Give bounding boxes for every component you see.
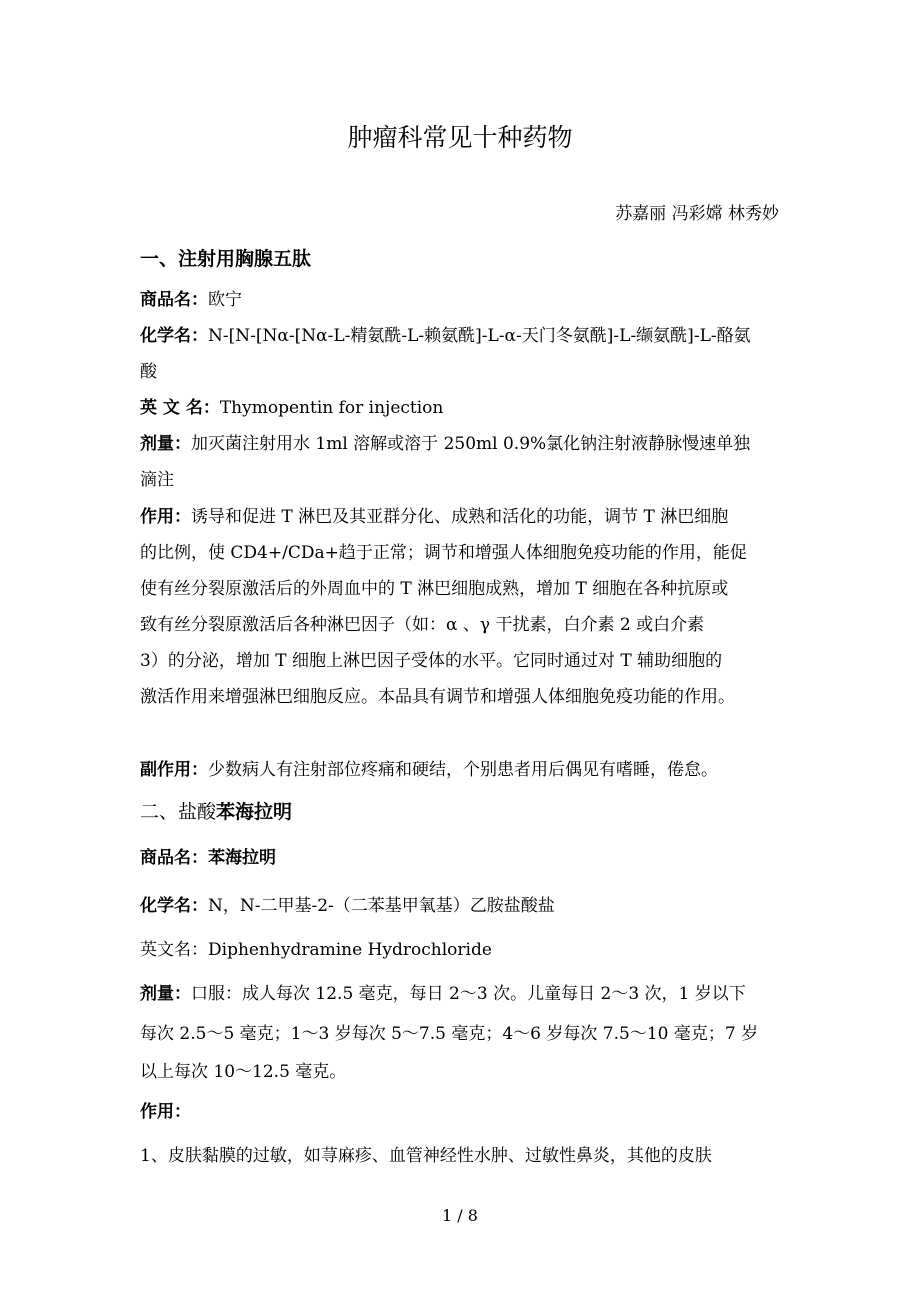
field-value: 少数病人有注射部位疼痛和硬结，个别患者用后偶见有嗜睡，倦怠。 [208, 760, 718, 780]
action-continuation: 致有丝分裂原激活后各种淋巴因子（如：α 、γ 干扰素，白介素 2 或白介素 [140, 614, 785, 636]
dosage-continuation: 每次 2.5～5 毫克；1～3 岁每次 5～7.5 毫克；4～6 岁每次 7.5… [140, 1023, 785, 1045]
action-continuation: 的比例，使 CD4+/CDa+趋于正常；调节和增强人体细胞免疫功能的作用，能促 [140, 542, 785, 564]
dosage-continuation: 以上每次 10～12.5 毫克。 [140, 1061, 785, 1083]
english-name-row: 英文名：Diphenhydramine Hydrochloride [140, 939, 785, 961]
section-heading-2-drug: 苯海拉明 [216, 801, 292, 823]
field-value: N-[N-[Nα-[Nα-L-精氨酰-L-赖氨酰]-L-α-天门冬氨酰]-L-缬… [208, 326, 751, 346]
field-value: 欧宁 [208, 290, 242, 310]
field-value: 酸 [140, 362, 157, 382]
chemical-name-continuation: 酸 [140, 361, 785, 383]
field-label: 副作用： [140, 760, 208, 780]
action-item-1: 1、皮肤黏膜的过敏，如荨麻疹、血管神经性水肿、过敏性鼻炎，其他的皮肤 [140, 1145, 785, 1167]
action-continuation: 3）的分泌，增加 T 细胞上淋巴因子受体的水平。它同时通过对 T 辅助细胞的 [140, 650, 785, 672]
dosage-row: 剂量：加灭菌注射用水 1ml 溶解或溶于 250ml 0.9%氯化钠注射液静脉慢… [140, 433, 785, 455]
field-label: 英文名： [140, 940, 208, 960]
document-page: 肿瘤科常见十种药物 苏嘉丽 冯彩嫦 林秀妙 一、注射用胸腺五肽 商品名：欧宁 化… [0, 0, 920, 1302]
dosage-continuation: 滴注 [140, 469, 785, 491]
action-continuation: 激活作用来增强淋巴细胞反应。本品具有调节和增强人体细胞免疫功能的作用。 [140, 686, 785, 708]
action-row: 作用：诱导和促进 T 淋巴及其亚群分化、成熟和活化的功能，调节 T 淋巴细胞 [140, 506, 785, 528]
field-value: 每次 2.5～5 毫克；1～3 岁每次 5～7.5 毫克；4～6 岁每次 7.5… [140, 1024, 758, 1044]
action-continuation: 使有丝分裂原激活后的外周血中的 T 淋巴细胞成熟，增加 T 细胞在各种抗原或 [140, 578, 785, 600]
field-label: 作用： [140, 1102, 191, 1122]
field-value: 以上每次 10～12.5 毫克。 [140, 1062, 346, 1082]
field-label: 化学名： [140, 326, 208, 346]
field-value: 1、皮肤黏膜的过敏，如荨麻疹、血管神经性水肿、过敏性鼻炎，其他的皮肤 [140, 1146, 712, 1166]
authors: 苏嘉丽 冯彩嫦 林秀妙 [615, 202, 779, 226]
english-name-row: 英 文 名：Thymopentin for injection [140, 397, 785, 419]
field-value: 加灭菌注射用水 1ml 溶解或溶于 250ml 0.9%氯化钠注射液静脉慢速单独 [191, 434, 750, 454]
trade-name-row: 商品名：欧宁 [140, 289, 785, 311]
field-value: 苯海拉明 [208, 848, 276, 868]
field-value: Thymopentin for injection [220, 398, 444, 418]
page-indicator: 1 / 8 [0, 1206, 920, 1226]
field-label: 英 文 名： [140, 398, 220, 418]
field-label: 剂量： [140, 984, 191, 1004]
section-heading-2-prefix: 二、盐酸 [140, 801, 216, 823]
field-value: 致有丝分裂原激活后各种淋巴因子（如：α 、γ 干扰素，白介素 2 或白介素 [140, 615, 704, 635]
field-value: 口服：成人每次 12.5 毫克，每日 2～3 次。儿童每日 2～3 次，1 岁以… [191, 984, 746, 1004]
side-effects-row: 副作用：少数病人有注射部位疼痛和硬结，个别患者用后偶见有嗜睡，倦怠。 [140, 759, 785, 781]
dosage-row: 剂量：口服：成人每次 12.5 毫克，每日 2～3 次。儿童每日 2～3 次，1… [140, 983, 785, 1005]
field-value: 使有丝分裂原激活后的外周血中的 T 淋巴细胞成熟，增加 T 细胞在各种抗原或 [140, 579, 728, 599]
field-value: 激活作用来增强淋巴细胞反应。本品具有调节和增强人体细胞免疫功能的作用。 [140, 687, 735, 707]
section-heading-2: 二、盐酸苯海拉明 [140, 799, 292, 825]
field-value: Diphenhydramine Hydrochloride [208, 940, 492, 960]
field-label: 作用： [140, 507, 191, 527]
trade-name-row: 商品名：苯海拉明 [140, 847, 785, 869]
field-label: 商品名： [140, 848, 208, 868]
document-title: 肿瘤科常见十种药物 [0, 121, 920, 155]
section-heading-1-text: 一、注射用胸腺五肽 [140, 248, 311, 270]
field-label: 剂量： [140, 434, 191, 454]
action-row: 作用： [140, 1101, 785, 1123]
field-value: 滴注 [140, 470, 174, 490]
chemical-name-row: 化学名：N-[N-[Nα-[Nα-L-精氨酰-L-赖氨酰]-L-α-天门冬氨酰]… [140, 325, 785, 347]
field-value: 的比例，使 CD4+/CDa+趋于正常；调节和增强人体细胞免疫功能的作用，能促 [140, 543, 747, 563]
field-value: 诱导和促进 T 淋巴及其亚群分化、成熟和活化的功能，调节 T 淋巴细胞 [191, 507, 728, 527]
field-label: 化学名： [140, 896, 208, 916]
chemical-name-row: 化学名：N，N-二甲基-2-（二苯基甲氧基）乙胺盐酸盐 [140, 895, 785, 917]
field-label: 商品名： [140, 290, 208, 310]
field-value: N，N-二甲基-2-（二苯基甲氧基）乙胺盐酸盐 [208, 896, 555, 916]
section-heading-1: 一、注射用胸腺五肽 [140, 246, 311, 272]
field-value: 3）的分泌，增加 T 细胞上淋巴因子受体的水平。它同时通过对 T 辅助细胞的 [140, 651, 722, 671]
